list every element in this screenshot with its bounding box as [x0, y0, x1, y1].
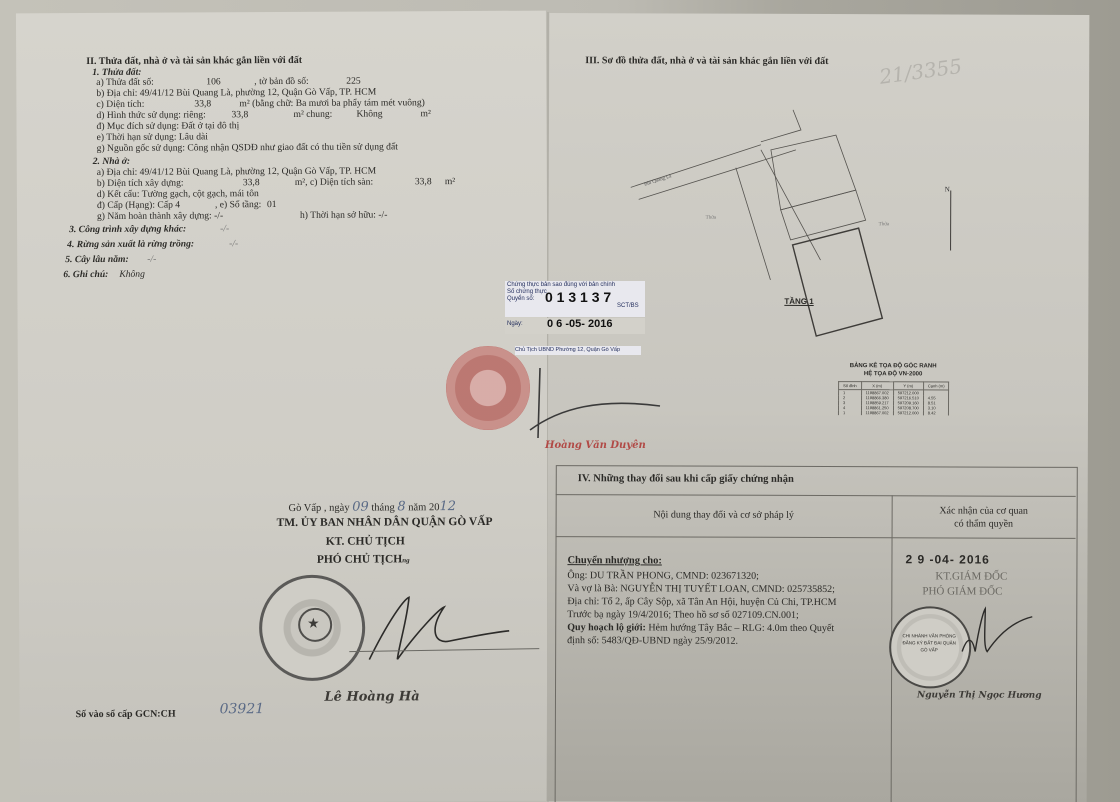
- register-number: 03921: [220, 704, 265, 715]
- transfer-line-4: Trước bạ ngày 19/4/2016; Theo hồ sơ số 0…: [567, 609, 799, 621]
- parcel-diagram: [620, 89, 961, 310]
- map-sheet-label: , tờ bản đồ số:: [254, 76, 308, 87]
- coord-table-cell: 8.42: [923, 410, 949, 415]
- usage-private-value: 33,8: [231, 109, 248, 120]
- registration-seal-text: CHI NHÁNH VĂN PHÒNG ĐĂNG KÝ ĐẤT ĐAI QUẬN…: [899, 632, 959, 653]
- coord-table-title: BẢNG KÊ TỌA ĐỘ GÓC RANH HỆ TỌA ĐỘ VN-200…: [838, 362, 948, 378]
- usage-common-label: m² chung:: [293, 109, 332, 120]
- coord-table: Số đỉnhX (m)Y (m)Cạnh (m) 11198867.00259…: [838, 381, 950, 415]
- confirm-role-2: PHÓ GIÁM ĐỐC: [922, 586, 1002, 597]
- signature-registration: [957, 606, 1037, 666]
- section-4-title: IV. Những thay đổi sau khi cấp giấy chứn…: [578, 473, 794, 485]
- house-floor-area-label: m², c) Diện tích sàn:: [295, 177, 373, 188]
- road-boundary-text: Hẻm hướng Tây Bắc – RLG: 4.0m theo Quyết: [646, 622, 834, 634]
- other-construction-label: 3. Công trình xây dựng khác:: [69, 224, 186, 236]
- perennial-trees-value: -/-: [147, 254, 156, 265]
- house-build-area-value: 33,8: [243, 177, 260, 188]
- certified-copy-line-1: Chứng thực bản sao đúng với bản chính: [507, 282, 615, 289]
- registration-signer-name: Nguyễn Thị Ngọc Hương: [917, 690, 1042, 701]
- transfer-line-5: Quy hoạch lộ giới: Hẻm hướng Tây Bắc – R…: [567, 622, 834, 634]
- land-parcel-label: a) Thửa đất số:: [96, 77, 154, 88]
- house-floor-area-value: 33,8: [415, 176, 432, 187]
- usage-common-value: Không: [356, 108, 382, 119]
- coord-table-header: Cạnh (m): [923, 382, 949, 390]
- planted-forest-value: -/-: [229, 238, 238, 249]
- certification-date-row: Ngày: 0 6 -05- 2016: [505, 318, 645, 334]
- certified-copy-stamp: Chứng thực bản sao đúng với bản chính Số…: [505, 281, 645, 317]
- map-sheet-value: 225: [346, 76, 360, 87]
- sign-day: 09: [352, 500, 369, 515]
- house-floors-value: 01: [267, 199, 277, 210]
- authority-confirm-header: Xác nhận của cơ quan có thẩm quyền: [892, 504, 1076, 531]
- land-area-label: c) Diện tích:: [96, 99, 144, 110]
- usage-form-label: d) Hình thức sử dụng: riêng:: [96, 109, 205, 121]
- sign-year: 12: [439, 499, 456, 514]
- certification-date-label: Ngày:: [507, 321, 523, 327]
- section-3-title: III. Sơ đồ thửa đất, nhà ở và tài sản kh…: [585, 55, 828, 67]
- sign-month-label: tháng: [371, 502, 394, 513]
- house-completion-year: g) Năm hoàn thành xây dựng: -/-: [97, 210, 223, 222]
- transfer-line-6: định số: 5483/QĐ-UBND ngày 25/9/2012.: [567, 635, 738, 647]
- coord-table-row: 11198867.002597212.0008.42: [838, 410, 948, 415]
- neighbor-parcel-label-1: Thửa: [706, 213, 717, 224]
- issuing-authority: TM. ỦY BAN NHÂN DÂN QUẬN GÒ VẤP: [277, 517, 493, 529]
- coord-table-header: Y (m): [893, 382, 923, 390]
- sign-place: Gò Vấp , ngày: [289, 503, 350, 514]
- signer-role-2-text: PHÓ CHỦ TỊCH: [317, 553, 402, 565]
- transfer-title: Chuyển nhượng cho:: [567, 555, 661, 566]
- transfer-line-1: Ông: DU TRẦN PHONG, CMND: 023671320;: [567, 570, 759, 582]
- house-floor-area-unit: m²: [445, 176, 455, 187]
- usage-purpose: đ) Mục đích sử dụng: Đất ở tại đô thị: [96, 120, 239, 132]
- other-construction-value: -/-: [220, 223, 229, 234]
- certification-official: Chủ Tịch UBND Phường 12, Quận Gò Vấp: [515, 346, 641, 355]
- coord-table-title-2: HỆ TỌA ĐỘ VN-2000: [838, 370, 948, 378]
- house-floors-label: , e) Số tầng:: [215, 199, 261, 210]
- handwritten-serial: 21/3355: [879, 61, 963, 83]
- floor-label: TẦNG 1: [784, 296, 813, 307]
- coord-table-cell: 1: [838, 410, 861, 415]
- sign-year-label: năm 20: [408, 502, 439, 513]
- north-arrow-icon: N: [945, 184, 950, 195]
- certification-number: 0 1 3 1 3 7: [545, 290, 611, 304]
- coord-table-cell: 597212.000: [893, 410, 923, 415]
- change-content-header: Nội dung thay đổi và cơ sở pháp lý: [556, 509, 892, 521]
- signature-ward: [520, 368, 660, 448]
- sign-month: 8: [397, 499, 405, 514]
- district-signer-name: Lê Hoàng Hà: [324, 691, 419, 702]
- confirm-role-1: KT.GIÁM ĐỐC: [935, 571, 1007, 582]
- perennial-trees-label: 5. Cây lâu năm:: [65, 254, 128, 265]
- neighbor-parcel-label-2: Thửa: [879, 219, 890, 230]
- authority-confirm-header-1: Xác nhận của cơ quan: [892, 504, 1076, 518]
- house-grade: đ) Cấp (Hạng): Cấp 4: [97, 200, 180, 211]
- notes-value: Không: [119, 269, 145, 280]
- authority-confirm-header-2: có thẩm quyền: [892, 517, 1076, 531]
- transfer-line-3: Địa chỉ: Tổ 2, ấp Cây Sộp, xã Tân An Hội…: [567, 596, 836, 608]
- signer-role-1: KT. CHỦ TỊCH: [326, 536, 405, 547]
- star-icon: ★: [307, 616, 320, 633]
- house-build-area-label: b) Diện tích xây dựng:: [97, 178, 184, 189]
- road-boundary-label: Quy hoạch lộ giới:: [567, 622, 646, 633]
- certification-date: 0 6 -05- 2016: [547, 318, 612, 330]
- usage-origin: g) Nguồn gốc sử dụng: Công nhận QSDĐ như…: [97, 141, 398, 154]
- coord-table-title-1: BẢNG KÊ TỌA ĐỘ GÓC RANH: [838, 362, 948, 370]
- house-structure: d) Kết cấu: Tường gạch, cột gạch, mái tô…: [97, 188, 259, 200]
- certified-copy-line-3: Quyển số:: [507, 296, 534, 303]
- house-heading: 2. Nhà ở:: [93, 156, 130, 167]
- planted-forest-label: 4. Rừng sản xuất là rừng trồng:: [67, 238, 194, 250]
- transfer-line-2: Và vợ là Bà: NGUYỄN THỊ TUYẾT LOAN, CMND…: [567, 583, 835, 595]
- certification-suffix: SCT/BS: [617, 303, 639, 310]
- ward-signer-name: Hoàng Văn Duyên: [545, 440, 646, 451]
- signer-initials: ng: [402, 556, 409, 564]
- ward-red-seal: [446, 346, 530, 430]
- land-area-value: 33,8: [194, 98, 211, 109]
- section-2-title: II. Thửa đất, nhà ở và tài sản khác gắn …: [86, 55, 302, 67]
- land-area-unit: m² (bằng chữ: Ba mươi ba phẩy tám mét vu…: [239, 97, 424, 109]
- certified-copy-line-2: Số chứng thực: [507, 289, 547, 296]
- notes-label: 6. Ghi chú:: [63, 269, 108, 280]
- usage-term: e) Thời hạn sử dụng: Lâu dài: [97, 131, 208, 143]
- usage-unit: m²: [420, 108, 430, 119]
- coord-table-cell: 1198867.002: [861, 410, 893, 415]
- coord-table-header: X (m): [861, 382, 893, 390]
- register-label: Số vào sổ cấp GCN:CH: [76, 709, 176, 721]
- sign-place-date: Gò Vấp , ngày 09 tháng 8 năm 2012: [288, 501, 456, 514]
- signer-role-2: PHÓ CHỦ TỊCHng: [317, 554, 410, 566]
- land-parcel-value: 106: [206, 76, 220, 87]
- signature-district: [349, 589, 549, 670]
- coord-table-header: Số đỉnh: [839, 382, 862, 390]
- confirm-date-stamp: 2 9 -04- 2016: [905, 554, 989, 565]
- house-ownership-term: h) Thời hạn sở hữu: -/-: [300, 209, 387, 220]
